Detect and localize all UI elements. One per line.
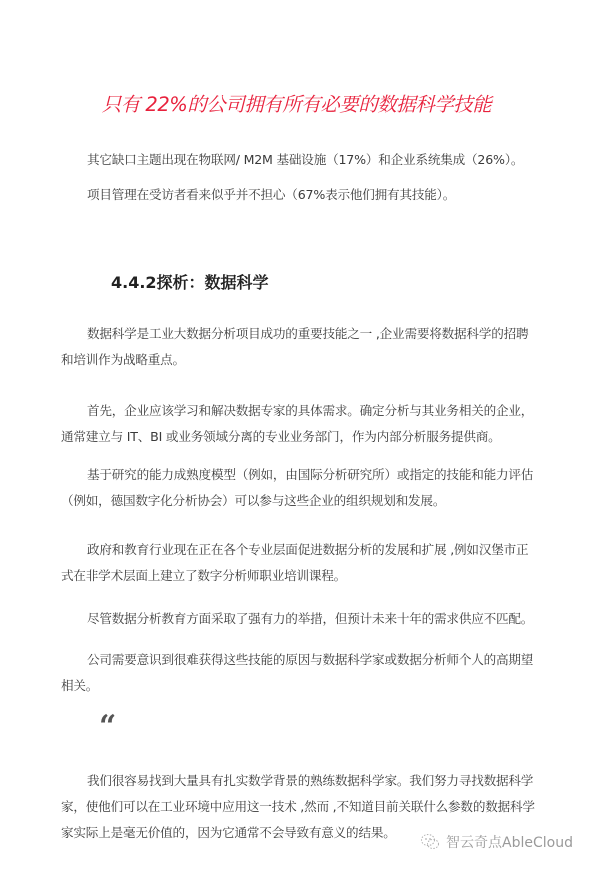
intro-paragraph-project-management: 项目管理在受访者看来似乎并不担心（67%表示他们拥有其技能）。: [87, 186, 557, 204]
body-paragraph: 公司需要意识到很难获得这些技能的原因与数据科学家或数据分析师个人的高期望相关。: [61, 647, 537, 699]
intro-paragraph-iot-gap: 其它缺口主题出现在物联网/ M2M 基础设施（17%）和企业系统集成（26%）。: [87, 151, 557, 169]
page-title: 只有 22%的公司拥有所有必要的数据科学技能: [0, 89, 593, 117]
quote-mark-icon: “: [99, 712, 116, 742]
wechat-icon: [420, 833, 440, 851]
body-paragraph: 尽管数据分析教育方面采取了强有力的举措，但预计未来十年的需求供应不匹配。: [61, 606, 537, 632]
body-paragraph: 首先，企业应该学习和解决数据专家的具体需求。确定分析与其业务相关的企业，通常建立…: [61, 398, 537, 450]
watermark-text: 智云奇点AbleCloud: [446, 832, 573, 852]
watermark: 智云奇点AbleCloud: [420, 832, 573, 852]
body-paragraph: 政府和教育行业现在正在各个专业层面促进数据分析的发展和扩展 ,例如汉堡市正式在非…: [61, 537, 537, 589]
body-paragraph: 数据科学是工业大数据分析项目成功的重要技能之一 ,企业需要将数据科学的招聘和培训…: [61, 321, 537, 373]
section-heading: 4.4.2探析：数据科学: [111, 270, 269, 293]
body-paragraph: 基于研究的能力成熟度模型（例如，由国际分析研究所）或指定的技能和能力评估（例如，…: [61, 462, 537, 514]
